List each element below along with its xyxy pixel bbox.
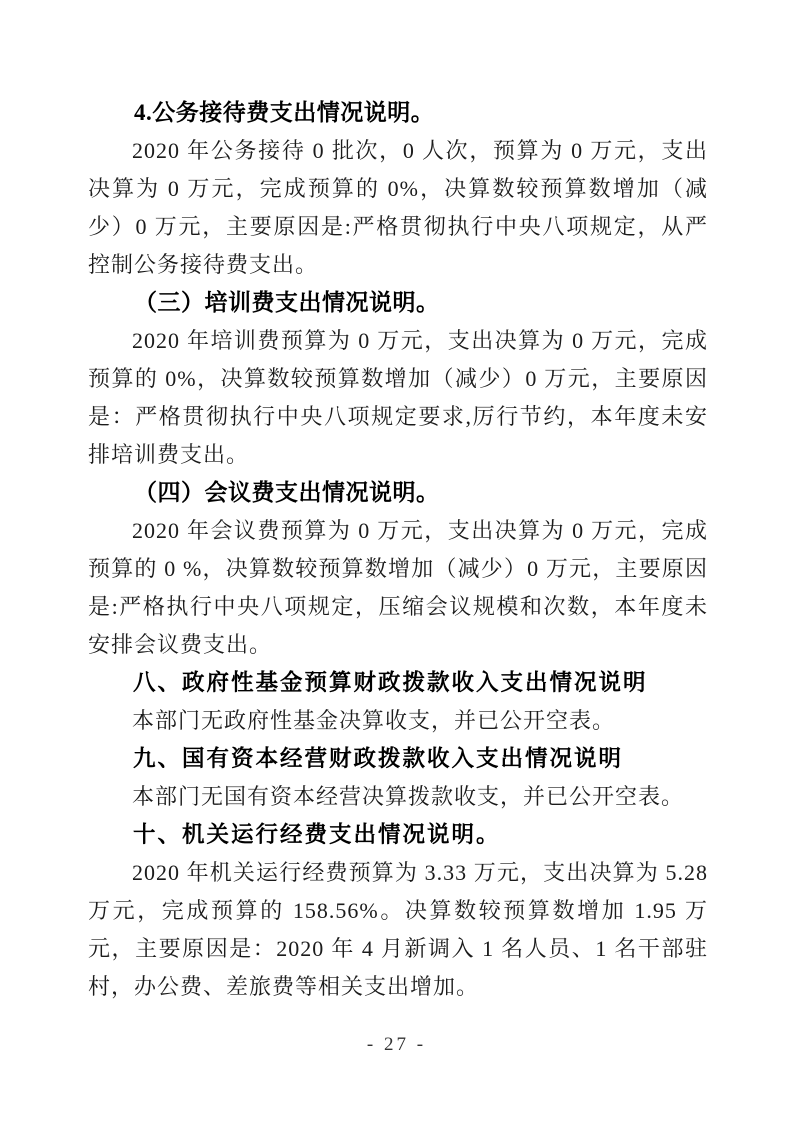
document-page: 4.公务接待费支出情况说明。 2020 年公务接待 0 批次，0 人次，预算为 … — [0, 0, 793, 1122]
heading-agency-operating-expense: 十、机关运行经费支出情况说明。 — [88, 816, 708, 854]
paragraph-agency-operating-expense: 2020 年机关运行经费预算为 3.33 万元，支出决算为 5.28 万元，完成… — [88, 854, 708, 1006]
page-number: - 27 - — [0, 1034, 793, 1056]
paragraph-training-expense: 2020 年培训费预算为 0 万元，支出决算为 0 万元，完成预算的 0%，决算… — [88, 322, 708, 474]
paragraph-government-fund-budget: 本部门无政府性基金决算收支，并已公开空表。 — [88, 702, 708, 740]
heading-training-expense: （三）培训费支出情况说明。 — [88, 284, 708, 322]
paragraph-official-reception-expense: 2020 年公务接待 0 批次，0 人次，预算为 0 万元，支出决算为 0 万元… — [88, 132, 708, 284]
heading-meeting-expense: （四）会议费支出情况说明。 — [88, 474, 708, 512]
heading-state-capital-operation: 九、国有资本经营财政拨款收入支出情况说明 — [88, 740, 708, 778]
heading-official-reception-expense: 4.公务接待费支出情况说明。 — [88, 94, 708, 132]
paragraph-state-capital-operation: 本部门无国有资本经营决算拨款收支，并已公开空表。 — [88, 778, 708, 816]
heading-government-fund-budget: 八、政府性基金预算财政拨款收入支出情况说明 — [88, 664, 708, 702]
document-content: 4.公务接待费支出情况说明。 2020 年公务接待 0 批次，0 人次，预算为 … — [88, 94, 708, 1006]
paragraph-meeting-expense: 2020 年会议费预算为 0 万元，支出决算为 0 万元，完成预算的 0 %，决… — [88, 512, 708, 664]
